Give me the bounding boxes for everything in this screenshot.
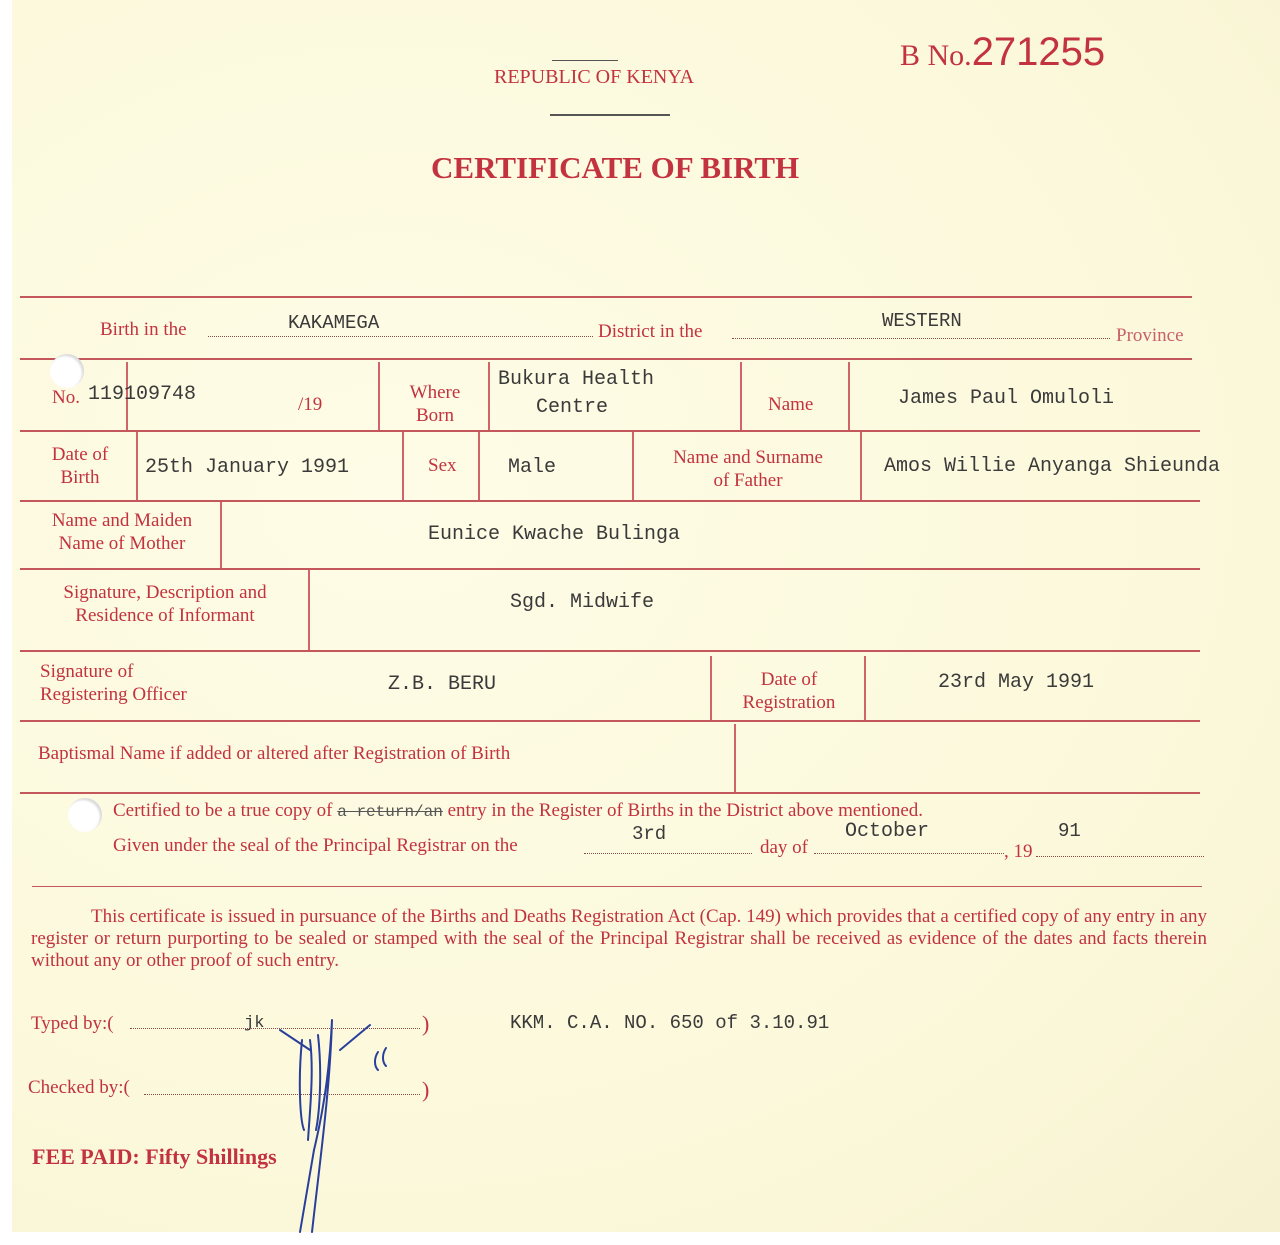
cell-divider bbox=[734, 724, 736, 792]
checked-by-label: Checked by:( bbox=[28, 1076, 130, 1099]
divider bbox=[550, 114, 670, 116]
rule bbox=[20, 720, 1200, 722]
dob-label: Date ofBirth bbox=[38, 443, 122, 489]
close-paren: ) bbox=[422, 1078, 429, 1101]
serial-value: 271255 bbox=[972, 30, 1105, 74]
divider bbox=[552, 60, 618, 61]
informant-label: Signature, Description andResidence of I… bbox=[32, 581, 298, 627]
mother-value: Eunice Kwache Bulinga bbox=[428, 523, 680, 546]
reg-date-value: 23rd May 1991 bbox=[938, 671, 1094, 694]
cell-divider bbox=[378, 362, 380, 430]
cell-divider bbox=[478, 432, 480, 500]
reference-number: KKM. C.A. NO. 650 of 3.10.91 bbox=[510, 1012, 829, 1034]
year-prefix: , 19 bbox=[1004, 840, 1033, 863]
officer-value: Z.B. BERU bbox=[388, 673, 496, 696]
mother-label: Name and MaidenName of Mother bbox=[30, 509, 214, 555]
signature-icon bbox=[270, 1010, 420, 1235]
cell-divider bbox=[220, 502, 222, 568]
province-field-line bbox=[732, 338, 1110, 339]
child-name-label: Name bbox=[768, 393, 813, 416]
baptismal-label: Baptismal Name if added or altered after… bbox=[38, 742, 510, 765]
month-field-line bbox=[814, 853, 1004, 854]
dob-value: 25th January 1991 bbox=[145, 456, 349, 479]
rule bbox=[32, 886, 1202, 887]
page-title: CERTIFICATE OF BIRTH bbox=[431, 150, 799, 186]
reg-date-label: Date ofRegistration bbox=[722, 668, 856, 714]
father-value: Amos Willie Anyanga Shieunda bbox=[884, 455, 1220, 478]
cell-divider bbox=[308, 570, 310, 650]
cell-divider bbox=[632, 432, 634, 500]
year-value: 91 bbox=[1058, 820, 1081, 842]
rule bbox=[20, 792, 1200, 794]
certification-line2: Given under the seal of the Principal Re… bbox=[113, 834, 518, 857]
rule bbox=[20, 568, 1200, 570]
district-label: District in the bbox=[598, 320, 702, 343]
father-label: Name and Surnameof Father bbox=[640, 446, 856, 492]
sex-label: Sex bbox=[428, 454, 457, 477]
typed-by-value: jk bbox=[244, 1014, 264, 1033]
rule bbox=[20, 650, 1200, 652]
cell-divider bbox=[402, 432, 404, 500]
republic-label: REPUBLIC OF KENYA bbox=[494, 66, 694, 89]
year-suffix: /19 bbox=[298, 393, 322, 416]
struck-text: a return/an bbox=[337, 803, 443, 821]
rule bbox=[20, 500, 1200, 502]
close-paren: ) bbox=[422, 1012, 429, 1035]
month-value: October bbox=[845, 820, 929, 843]
birth-in-label: Birth in the bbox=[100, 318, 187, 341]
cell-divider bbox=[848, 362, 850, 430]
child-name-value: James Paul Omuloli bbox=[898, 387, 1114, 410]
legal-notice: This certificate is issued in pursuance … bbox=[31, 906, 1207, 972]
province-value: WESTERN bbox=[882, 310, 962, 332]
cell-divider bbox=[740, 362, 742, 430]
where-born-value-line2: Centre bbox=[536, 396, 608, 419]
where-born-value-line1: Bukura Health bbox=[498, 368, 654, 391]
cell-divider bbox=[488, 362, 490, 430]
punch-hole bbox=[50, 354, 84, 388]
entry-no-value: 119109748 bbox=[88, 383, 196, 406]
district-field-line bbox=[208, 336, 593, 337]
fee-paid: FEE PAID: Fifty Shillings bbox=[32, 1144, 277, 1170]
sex-value: Male bbox=[508, 456, 556, 479]
district-value: KAKAMEGA bbox=[288, 312, 379, 334]
entry-no-label: No. bbox=[52, 386, 80, 409]
year-field-line bbox=[1036, 856, 1204, 857]
rule bbox=[20, 296, 1192, 298]
day-field-line bbox=[584, 853, 752, 854]
cell-divider bbox=[864, 656, 866, 720]
officer-label: Signature ofRegistering Officer bbox=[40, 660, 187, 706]
informant-value: Sgd. Midwife bbox=[510, 591, 654, 614]
cell-divider bbox=[136, 432, 138, 500]
typed-by-label: Typed by:( bbox=[31, 1012, 114, 1035]
cell-divider bbox=[860, 432, 862, 500]
serial-prefix: B No. bbox=[900, 39, 972, 72]
day-of-label: day of bbox=[760, 836, 808, 859]
day-value: 3rd bbox=[632, 823, 666, 845]
certification-line1: Certified to be a true copy of a return/… bbox=[113, 799, 923, 824]
punch-hole bbox=[68, 798, 102, 832]
cell-divider bbox=[710, 656, 712, 720]
serial-number: B No.271255 bbox=[900, 30, 1105, 75]
rule bbox=[20, 430, 1200, 432]
province-label: Province bbox=[1116, 324, 1184, 347]
where-born-label: Where Born bbox=[390, 381, 480, 427]
rule bbox=[20, 358, 1192, 360]
